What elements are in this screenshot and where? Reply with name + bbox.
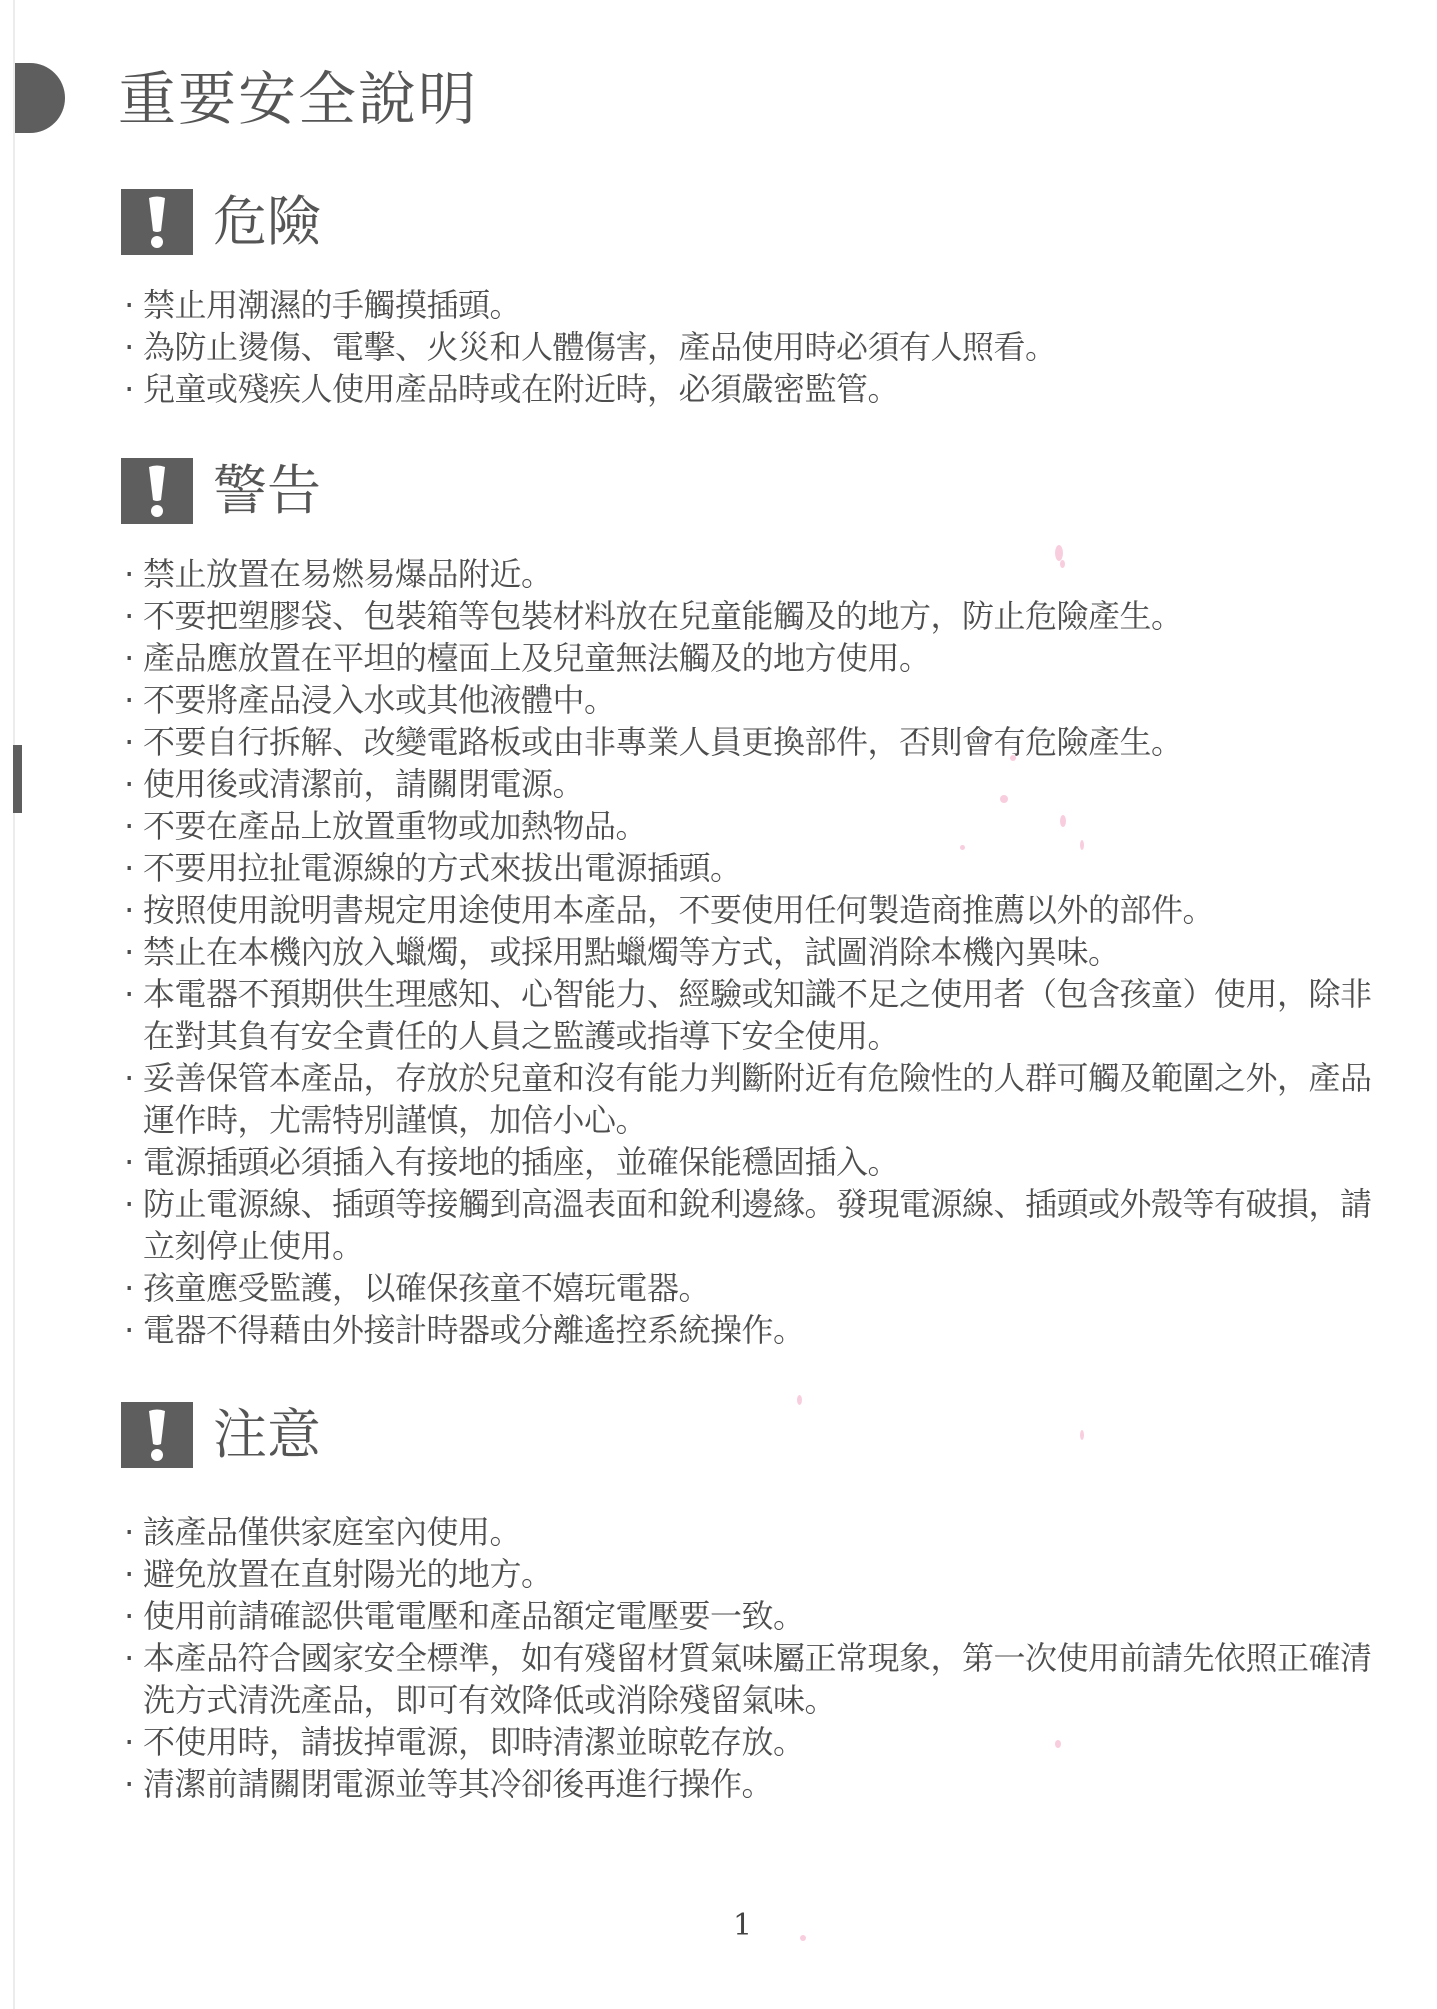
section-heading-caution: 注意 [121, 1401, 1381, 1469]
bullet-dot: · [124, 931, 134, 973]
bullet-dot: · [124, 637, 134, 679]
bullet-dot: · [124, 1309, 134, 1351]
section-heading-danger: 危險 [121, 188, 1381, 256]
list-item: ·本電器不預期供生理感知、心智能力、經驗或知識不足之使用者（包含孩童）使用，除非… [121, 973, 1381, 1057]
bullet-dot: · [124, 889, 134, 931]
list-item: ·禁止在本機內放入蠟燭，或採用點蠟燭等方式，試圖消除本機內異味。 [121, 931, 1381, 973]
exclamation-icon [121, 458, 193, 524]
caution-list: ·該產品僅供家庭室內使用。 ·避免放置在直射陽光的地方。 ·使用前請確認供電電壓… [121, 1511, 1381, 1805]
bullet-dot: · [124, 553, 134, 595]
bullet-dot: · [124, 679, 134, 721]
page-edge [13, 0, 15, 2009]
bullet-dot: · [124, 284, 134, 326]
bullet-dot: · [124, 721, 134, 763]
bullet-dot: · [124, 1553, 134, 1595]
bullet-dot: · [124, 1721, 134, 1763]
list-item: ·不使用時，請拔掉電源，即時清潔並晾乾存放。 [121, 1721, 1381, 1763]
list-item: ·不要在產品上放置重物或加熱物品。 [121, 805, 1381, 847]
bullet-dot: · [124, 1183, 134, 1225]
section-heading-label: 注意 [213, 1402, 321, 1468]
warning-list: ·禁止放置在易燃易爆品附近。 ·不要把塑膠袋、包裝箱等包裝材料放在兒童能觸及的地… [121, 553, 1381, 1351]
bullet-dot: · [124, 973, 134, 1015]
bullet-dot: · [124, 1595, 134, 1637]
list-item: ·該產品僅供家庭室內使用。 [121, 1511, 1381, 1553]
list-item: ·禁止放置在易燃易爆品附近。 [121, 553, 1381, 595]
section-heading-label: 警告 [213, 458, 321, 524]
list-item: ·為防止燙傷、電擊、火災和人體傷害，產品使用時必須有人照看。 [121, 326, 1381, 368]
list-item: ·電器不得藉由外接計時器或分離遙控系統操作。 [121, 1309, 1381, 1351]
list-item: ·孩童應受監護，以確保孩童不嬉玩電器。 [121, 1267, 1381, 1309]
page-number: 1 [733, 1908, 752, 1944]
scan-stain [800, 1935, 806, 1941]
section-heading-warning: 警告 [121, 457, 1381, 525]
page-title: 重要安全說明 [118, 64, 478, 134]
bullet-dot: · [124, 1511, 134, 1553]
list-item: ·電源插頭必須插入有接地的插座，並確保能穩固插入。 [121, 1141, 1381, 1183]
chapter-tab-marker [15, 63, 65, 133]
bullet-dot: · [124, 326, 134, 368]
list-item: ·不要將產品浸入水或其他液體中。 [121, 679, 1381, 721]
section-caution: 注意 ·該產品僅供家庭室內使用。 ·避免放置在直射陽光的地方。 ·使用前請確認供… [121, 1401, 1381, 1805]
list-item: ·禁止用潮濕的手觸摸插頭。 [121, 284, 1381, 326]
list-item: ·按照使用說明書規定用途使用本產品，不要使用任何製造商推薦以外的部件。 [121, 889, 1381, 931]
exclamation-icon [121, 189, 193, 255]
bullet-dot: · [124, 1141, 134, 1183]
list-item: ·防止電源線、插頭等接觸到高溫表面和銳利邊緣。發現電源線、插頭或外殼等有破損，請… [121, 1183, 1381, 1267]
list-item: ·兒童或殘疾人使用產品時或在附近時，必須嚴密監管。 [121, 368, 1381, 410]
section-danger: 危險 ·禁止用潮濕的手觸摸插頭。 ·為防止燙傷、電擊、火災和人體傷害，產品使用時… [121, 188, 1381, 410]
bullet-dot: · [124, 763, 134, 805]
danger-list: ·禁止用潮濕的手觸摸插頭。 ·為防止燙傷、電擊、火災和人體傷害，產品使用時必須有… [121, 284, 1381, 410]
list-item: ·清潔前請關閉電源並等其冷卻後再進行操作。 [121, 1763, 1381, 1805]
list-item: ·本產品符合國家安全標準，如有殘留材質氣味屬正常現象，第一次使用前請先依照正確清… [121, 1637, 1381, 1721]
list-item: ·不要把塑膠袋、包裝箱等包裝材料放在兒童能觸及的地方，防止危險產生。 [121, 595, 1381, 637]
bullet-dot: · [124, 805, 134, 847]
bullet-dot: · [124, 368, 134, 410]
bullet-dot: · [124, 1057, 134, 1099]
bullet-dot: · [124, 1637, 134, 1679]
list-item: ·不要用拉扯電源線的方式來拔出電源插頭。 [121, 847, 1381, 889]
list-item: ·使用後或清潔前，請關閉電源。 [121, 763, 1381, 805]
exclamation-icon [121, 1402, 193, 1468]
side-tab-marker [13, 745, 22, 813]
list-item: ·不要自行拆解、改變電路板或由非專業人員更換部件，否則會有危險產生。 [121, 721, 1381, 763]
list-item: ·使用前請確認供電電壓和產品額定電壓要一致。 [121, 1595, 1381, 1637]
list-item: ·產品應放置在平坦的檯面上及兒童無法觸及的地方使用。 [121, 637, 1381, 679]
section-heading-label: 危險 [213, 189, 321, 255]
bullet-dot: · [124, 1267, 134, 1309]
bullet-dot: · [124, 847, 134, 889]
section-warning: 警告 ·禁止放置在易燃易爆品附近。 ·不要把塑膠袋、包裝箱等包裝材料放在兒童能觸… [121, 457, 1381, 1351]
list-item: ·避免放置在直射陽光的地方。 [121, 1553, 1381, 1595]
bullet-dot: · [124, 595, 134, 637]
bullet-dot: · [124, 1763, 134, 1805]
list-item: ·妥善保管本產品，存放於兒童和沒有能力判斷附近有危險性的人群可觸及範圍之外，產品… [121, 1057, 1381, 1141]
